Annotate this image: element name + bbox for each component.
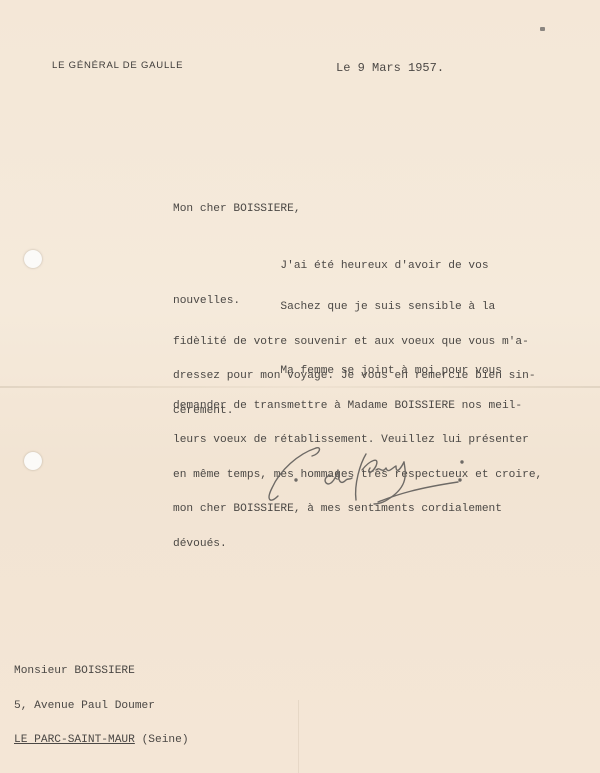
punch-hole-bottom <box>24 452 42 470</box>
text-line: Ma femme se joint à moi pour vous <box>173 366 542 378</box>
recipient-city: LE PARC-SAINT-MAUR <box>14 734 135 746</box>
recipient-city-line: LE PARC-SAINT-MAUR (Seine) <box>14 735 189 747</box>
letter-page: LE GÉNÉRAL DE GAULLE Le 9 Mars 1957. Mon… <box>0 0 600 773</box>
recipient-region: (Seine) <box>135 734 189 746</box>
vertical-crease <box>298 700 299 773</box>
letter-date: Le 9 Mars 1957. <box>336 63 444 75</box>
recipient-name: Monsieur BOISSIERE <box>14 666 189 678</box>
punch-hole-top <box>24 250 42 268</box>
text-line: Sachez que je suis sensible à la <box>173 302 536 314</box>
text-line: dévoués. <box>173 539 542 551</box>
handwritten-signature <box>258 440 468 520</box>
salutation: Mon cher BOISSIERE, <box>173 204 301 216</box>
paper-speck <box>540 27 545 31</box>
text-line: J'ai été heureux d'avoir de vos <box>173 261 489 273</box>
recipient-address: Monsieur BOISSIERE 5, Avenue Paul Doumer… <box>14 643 189 770</box>
text-line: demander de transmettre à Madame BOISSIE… <box>173 401 542 413</box>
recipient-street: 5, Avenue Paul Doumer <box>14 701 189 713</box>
letterhead: LE GÉNÉRAL DE GAULLE <box>52 60 183 71</box>
